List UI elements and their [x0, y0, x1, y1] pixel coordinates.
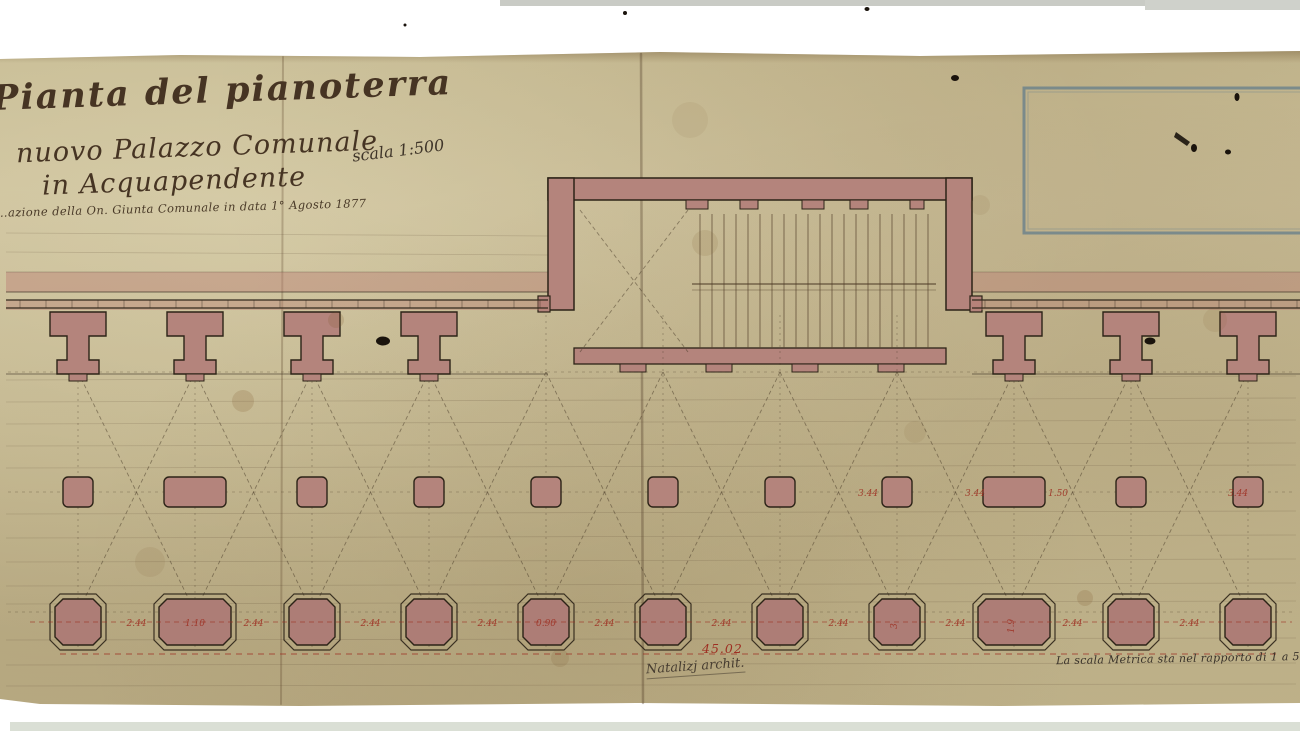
dimension-label: 3.44	[965, 489, 985, 499]
t-shaped-pier	[167, 312, 223, 381]
square-pier	[765, 477, 795, 507]
dimension-label: 2.44	[827, 619, 848, 629]
dimension-label: 3	[890, 623, 900, 629]
rear-wall-band	[6, 272, 1300, 292]
pier-base-tab	[69, 374, 87, 381]
square-pier	[531, 477, 561, 507]
square-pier	[63, 477, 93, 507]
dimension-label: 3.44	[1228, 489, 1248, 499]
pier-base-tab	[186, 374, 204, 381]
pier-base-tab	[1005, 374, 1023, 381]
block-inner-wall-tabs	[686, 200, 924, 209]
dimension-label: 2.44	[1061, 619, 1082, 629]
dimension-label: 2.44	[125, 619, 146, 629]
t-shaped-pier	[1103, 312, 1159, 381]
dimension-label: 1.9	[1007, 619, 1017, 634]
scanned-plan-sheet: 2.442.442.442.442.442.442.442.442.442.44…	[0, 0, 1300, 731]
dimension-label: 1.10	[185, 619, 205, 629]
dimension-label: 2.44	[944, 619, 965, 629]
blue-panel-frame	[1024, 88, 1300, 233]
wide-square-pier	[983, 477, 1045, 507]
square-pier	[882, 477, 912, 507]
wide-square-pier	[164, 477, 226, 507]
block-bottom-wall	[574, 348, 946, 364]
t-shaped-pier	[50, 312, 106, 381]
square-pier	[297, 477, 327, 507]
dimension-label: 2.44	[242, 619, 263, 629]
dimension-label: 2.44	[593, 619, 614, 629]
square-pier	[1116, 477, 1146, 507]
dimension-label: 2.44	[476, 619, 497, 629]
t-shaped-pier	[401, 312, 457, 381]
pier-base-tab	[1239, 374, 1257, 381]
square-pier	[648, 477, 678, 507]
dimension-label: 0.90	[536, 619, 556, 629]
total-dimension-label: 45.02	[702, 641, 743, 656]
central-block	[538, 178, 982, 372]
middle-row-square-piers	[63, 477, 1263, 507]
dimension-label: 1.50	[1048, 489, 1068, 499]
staircase-hatching	[700, 214, 928, 348]
square-pier	[414, 477, 444, 507]
dimension-label: 3.44	[858, 489, 878, 499]
t-shaped-pier	[986, 312, 1042, 381]
t-shaped-pier	[1220, 312, 1276, 381]
dimension-label: 2.44	[359, 619, 380, 629]
vestibule-vault-diagonals	[580, 210, 688, 352]
pier-base-tab	[420, 374, 438, 381]
pier-base-tab	[303, 374, 321, 381]
dimension-label: 2.44	[1178, 619, 1199, 629]
dimension-label: 2.44	[710, 619, 731, 629]
pier-base-tab	[1122, 374, 1140, 381]
